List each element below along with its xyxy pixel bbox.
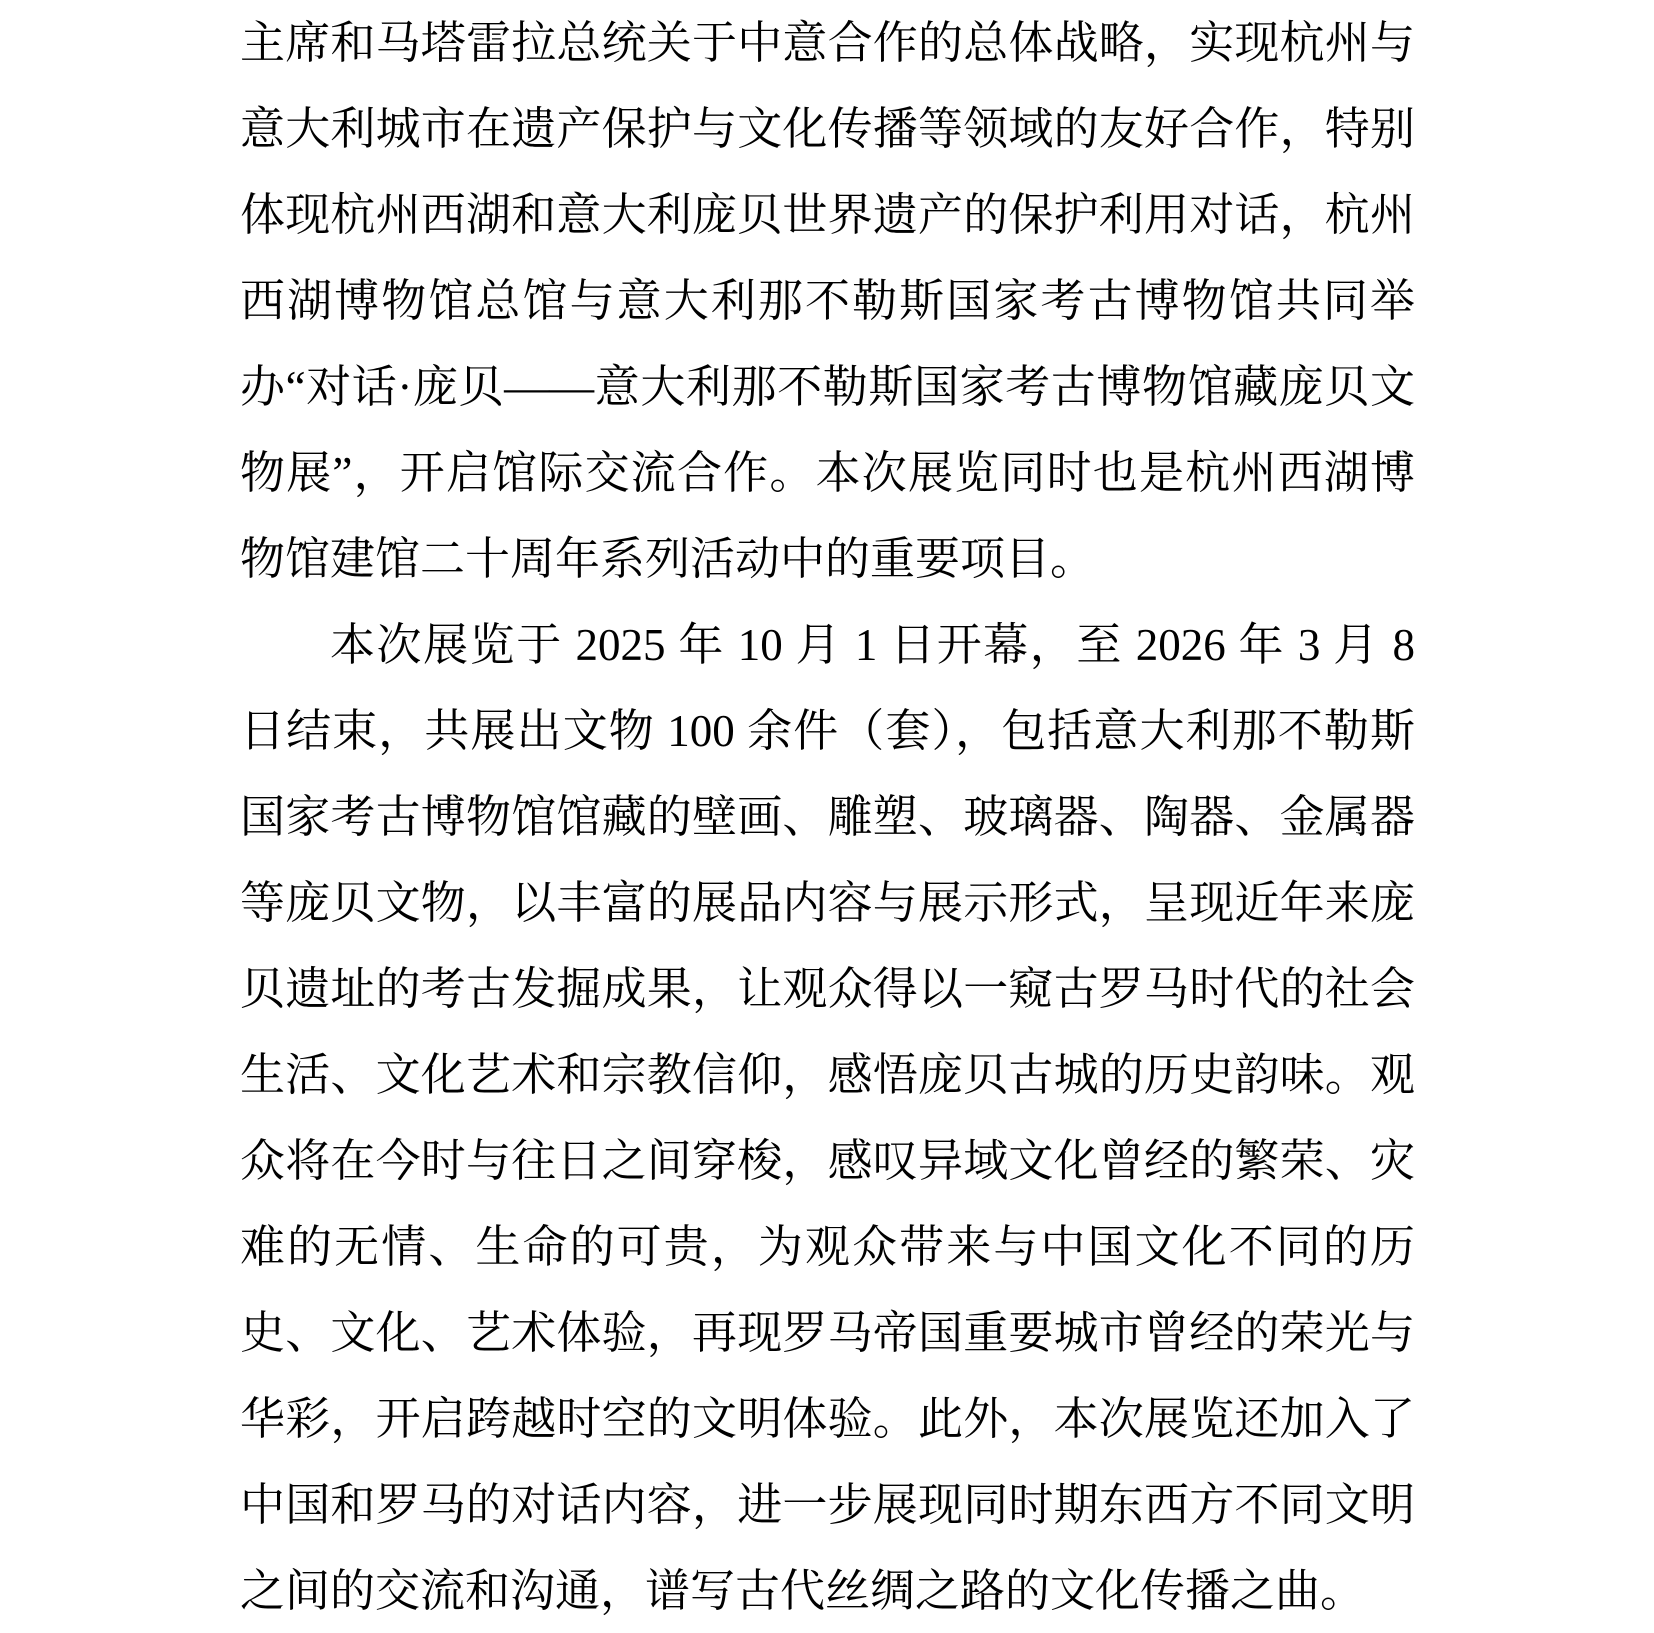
document-body: 主席和马塔雷拉总统关于中意合作的总体战略，实现杭州与意大利城市在遗产保护与文化传… [240,0,1415,1633]
body-paragraph-2: 本次展览于 2025 年 10 月 1 日开幕，至 2026 年 3 月 8 日… [240,602,1415,1633]
document-page: 主席和马塔雷拉总统关于中意合作的总体战略，实现杭州与意大利城市在遗产保护与文化传… [0,0,1654,1633]
body-paragraph-1: 主席和马塔雷拉总统关于中意合作的总体战略，实现杭州与意大利城市在遗产保护与文化传… [240,0,1415,602]
